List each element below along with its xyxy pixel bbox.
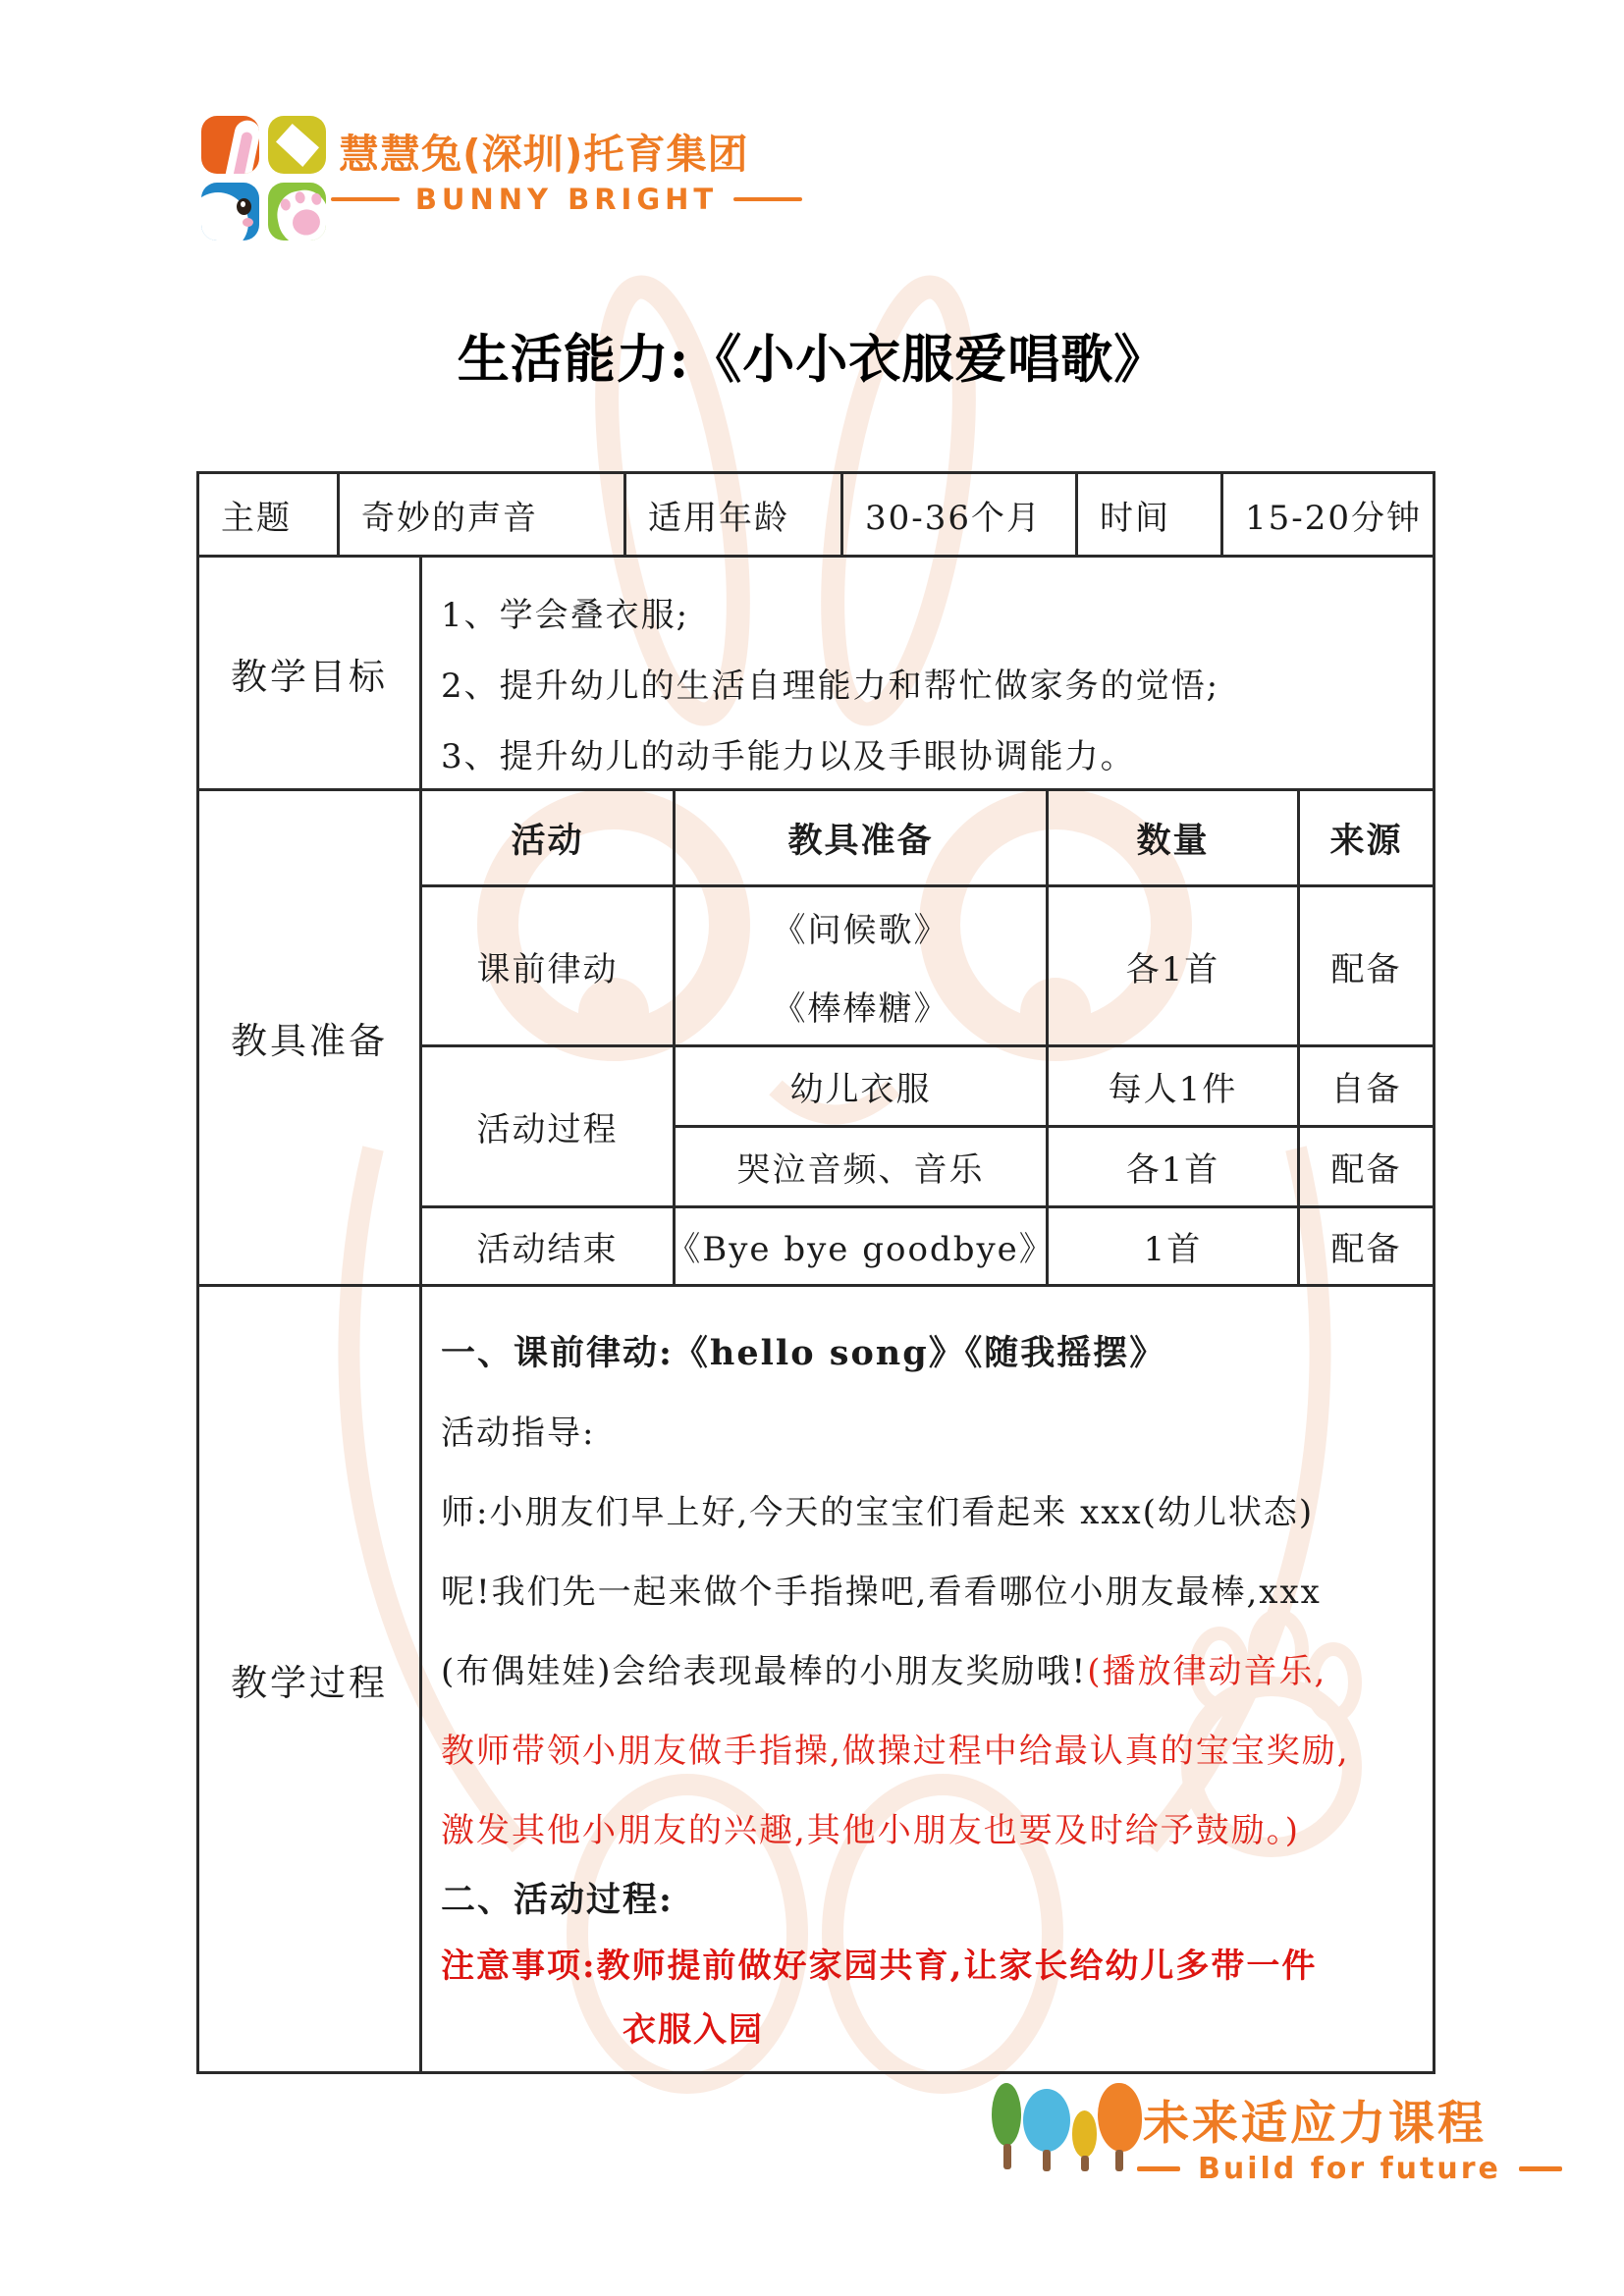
process-text: 呢!我们先一起来做个手指操吧,看看哪位小朋友最棒,xxx <box>441 1549 1433 1629</box>
materials-source: 配备 <box>1297 884 1433 1044</box>
process-text-red: 教师带领小朋友做手指操,做操过程中给最认真的宝宝奖励, <box>441 1708 1433 1788</box>
materials-activity: 活动过程 <box>422 1044 673 1205</box>
info-label-age: 适用年龄 <box>626 474 843 555</box>
lesson-plan-table: 主题 奇妙的声音 适用年龄 30-36个月 时间 15-20分钟 教学目标 1、… <box>196 471 1435 2074</box>
materials-activity: 活动结束 <box>422 1205 673 1284</box>
table-row-objectives: 教学目标 1、学会叠衣服; 2、提升幼儿的生活自理能力和帮忙做家务的觉悟; 3、… <box>199 558 1433 791</box>
process-note: 衣服入园 <box>441 1997 1433 2056</box>
tree-trunk-icon <box>1081 2156 1089 2171</box>
info-label-duration: 时间 <box>1078 474 1223 555</box>
materials-aid-item: 《棒棒糖》 <box>773 966 949 1044</box>
info-value-age: 30-36个月 <box>843 474 1078 555</box>
materials-header-aids: 教具准备 <box>673 791 1046 884</box>
materials-header-activity: 活动 <box>422 791 673 884</box>
materials-aids: 幼儿衣服 <box>673 1044 1046 1125</box>
brand-name-row: BUNNY BRIGHT <box>331 183 802 216</box>
page-title: 生活能力:《小小衣服爱唱歌》 <box>0 318 1624 393</box>
materials-source: 配备 <box>1297 1205 1433 1284</box>
bunny-bright-logo: 慧慧兔(深圳)托育集团 BUNNY BRIGHT <box>201 110 889 257</box>
tagline-dash-left <box>1137 2166 1180 2171</box>
process-text-red: (播放律动音乐, <box>1087 1644 1326 1692</box>
table-row-process: 教学过程 一、课前律动:《hello song》《随我摇摆》 活动指导: 师:小… <box>199 1287 1433 2071</box>
info-value-theme: 奇妙的声音 <box>340 474 626 555</box>
tree-green-icon <box>992 2083 1021 2146</box>
process-text-mixed: (布偶娃娃)会给表现最棒的小朋友奖励哦! (播放律动音乐, <box>441 1629 1433 1708</box>
info-label-theme: 主题 <box>199 474 340 555</box>
table-row-info: 主题 奇妙的声音 适用年龄 30-36个月 时间 15-20分钟 <box>199 474 1433 558</box>
materials-aid-item: 《问候歌》 <box>773 887 949 966</box>
tagline-dash-right <box>1519 2166 1562 2171</box>
materials-aids: 《Bye bye goodbye》 <box>673 1205 1046 1284</box>
materials-header-source: 来源 <box>1297 791 1433 884</box>
materials-aids: 哭泣音频、音乐 <box>673 1125 1046 1205</box>
bunny-logo-mark-icon <box>201 116 327 241</box>
materials-aids: 《问候歌》 《棒棒糖》 <box>673 884 1046 1044</box>
materials-label: 教具准备 <box>199 791 422 1284</box>
trees-logo-mark-icon <box>988 2079 1130 2177</box>
tree-orange-icon <box>1098 2083 1142 2152</box>
tree-trunk-icon <box>1043 2150 1051 2171</box>
brand-dash-right <box>733 197 802 201</box>
objectives-content: 1、学会叠衣服; 2、提升幼儿的生活自理能力和帮忙做家务的觉悟; 3、提升幼儿的… <box>422 558 1433 788</box>
tree-yellow-icon <box>1072 2110 1097 2158</box>
process-text: 活动指导: <box>441 1390 1433 1469</box>
logo-square-orange-ear-icon <box>201 116 259 174</box>
tree-trunk-icon <box>1115 2150 1123 2171</box>
materials-subtable: 活动 教具准备 数量 来源 课前律动 《问候歌》 《棒棒糖》 各1首 配备 活动… <box>422 791 1433 1284</box>
brand-name: BUNNY BRIGHT <box>415 183 718 216</box>
materials-qty: 各1首 <box>1046 884 1297 1044</box>
brand-dash-left <box>331 197 400 201</box>
process-text-red: 激发其他小朋友的兴趣,其他小朋友也要及时给予鼓励。) <box>441 1788 1433 1867</box>
tagline-row: Build for future <box>1137 2152 1562 2186</box>
tagline-text: Build for future <box>1198 2152 1501 2186</box>
lesson-plan-page: 慧慧兔(深圳)托育集团 BUNNY BRIGHT 生活能力:《小小衣服爱唱歌》 … <box>0 0 1624 2296</box>
materials-source: 自备 <box>1297 1044 1433 1125</box>
table-row-materials: 教具准备 活动 教具准备 数量 来源 课前律动 《问候歌》 《棒棒糖》 各1首 … <box>199 791 1433 1287</box>
company-name: 慧慧兔(深圳)托育集团 <box>339 122 748 180</box>
materials-source: 配备 <box>1297 1125 1433 1205</box>
course-name: 未来适应力课程 <box>1143 2087 1487 2153</box>
logo-square-paw-icon <box>268 183 326 240</box>
process-content: 一、课前律动:《hello song》《随我摇摆》 活动指导: 师:小朋友们早上… <box>422 1287 1433 2071</box>
tree-blue-icon <box>1023 2089 1070 2152</box>
materials-qty: 1首 <box>1046 1205 1297 1284</box>
materials-qty: 各1首 <box>1046 1125 1297 1205</box>
info-value-duration: 15-20分钟 <box>1223 474 1433 555</box>
logo-square-bunny-face-icon <box>201 183 259 240</box>
materials-header-qty: 数量 <box>1046 791 1297 884</box>
process-heading: 一、课前律动:《hello song》《随我摇摆》 <box>441 1310 1433 1390</box>
process-heading: 二、活动过程: <box>441 1867 1433 1928</box>
tree-trunk-icon <box>1003 2144 1011 2169</box>
objective-item: 1、学会叠衣服; <box>441 577 1433 648</box>
objective-item: 3、提升幼儿的动手能力以及手眼协调能力。 <box>441 718 1433 788</box>
materials-activity: 课前律动 <box>422 884 673 1044</box>
objective-item: 2、提升幼儿的生活自理能力和帮忙做家务的觉悟; <box>441 648 1433 719</box>
logo-square-yellow-ear-icon <box>268 116 326 174</box>
process-note: 注意事项:教师提前做好家园共育,让家长给幼儿多带一件 <box>441 1928 1433 1997</box>
process-label: 教学过程 <box>199 1287 422 2071</box>
future-course-logo: 未来适应力课程 Build for future <box>988 2079 1498 2207</box>
materials-qty: 每人1件 <box>1046 1044 1297 1125</box>
process-text-black: (布偶娃娃)会给表现最棒的小朋友奖励哦! <box>441 1644 1087 1692</box>
objectives-label: 教学目标 <box>199 558 422 788</box>
process-text: 师:小朋友们早上好,今天的宝宝们看起来 xxx(幼儿状态) <box>441 1469 1433 1549</box>
